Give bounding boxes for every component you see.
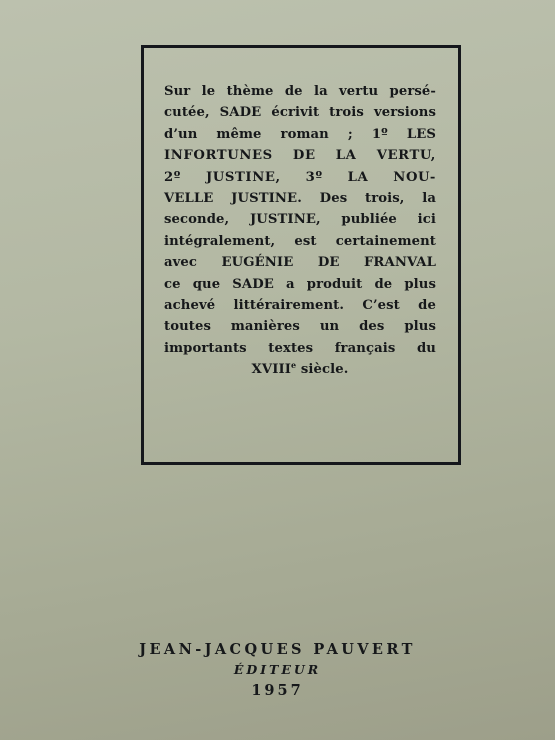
blurb-line: d’un même roman ; 1º LES: [164, 124, 436, 145]
publication-year: 1957: [0, 680, 555, 702]
blurb-line: INFORTUNES DE LA VERTU,: [164, 145, 436, 166]
blurb-line: ce que SADE a produit de plus: [164, 274, 436, 295]
blurb-line: cutée, SADE écrivit trois versions: [164, 102, 436, 123]
blurb-line: achevé littérairement. C’est de: [164, 295, 436, 316]
blurb-line: 2º JUSTINE, 3º LA NOU-: [164, 167, 436, 188]
blurb-line: seconde, JUSTINE, publiée ici: [164, 209, 436, 230]
blurb-line: Sur le thème de la vertu persé-: [164, 81, 436, 102]
publisher-imprint: JEAN-JACQUES PAUVERT ÉDITEUR 1957: [0, 640, 555, 702]
century-numeral: XVIII: [252, 362, 291, 377]
publisher-name: JEAN-JACQUES PAUVERT: [0, 640, 555, 660]
blurb-last-line: XVIIIe siècle.: [164, 359, 436, 380]
back-cover-blurb: Sur le thème de la vertu persé- cutée, S…: [164, 81, 436, 381]
blurb-line: avec EUGÉNIE DE FRANVAL: [164, 252, 436, 273]
blurb-line: toutes manières un des plus: [164, 316, 436, 337]
blurb-line: importants textes français du: [164, 338, 436, 359]
blurb-line: VELLE JUSTINE. Des trois, la: [164, 188, 436, 209]
century-suffix: siècle.: [296, 362, 348, 377]
publisher-role: ÉDITEUR: [0, 660, 555, 680]
blurb-line: intégralement, est certainement: [164, 231, 436, 252]
